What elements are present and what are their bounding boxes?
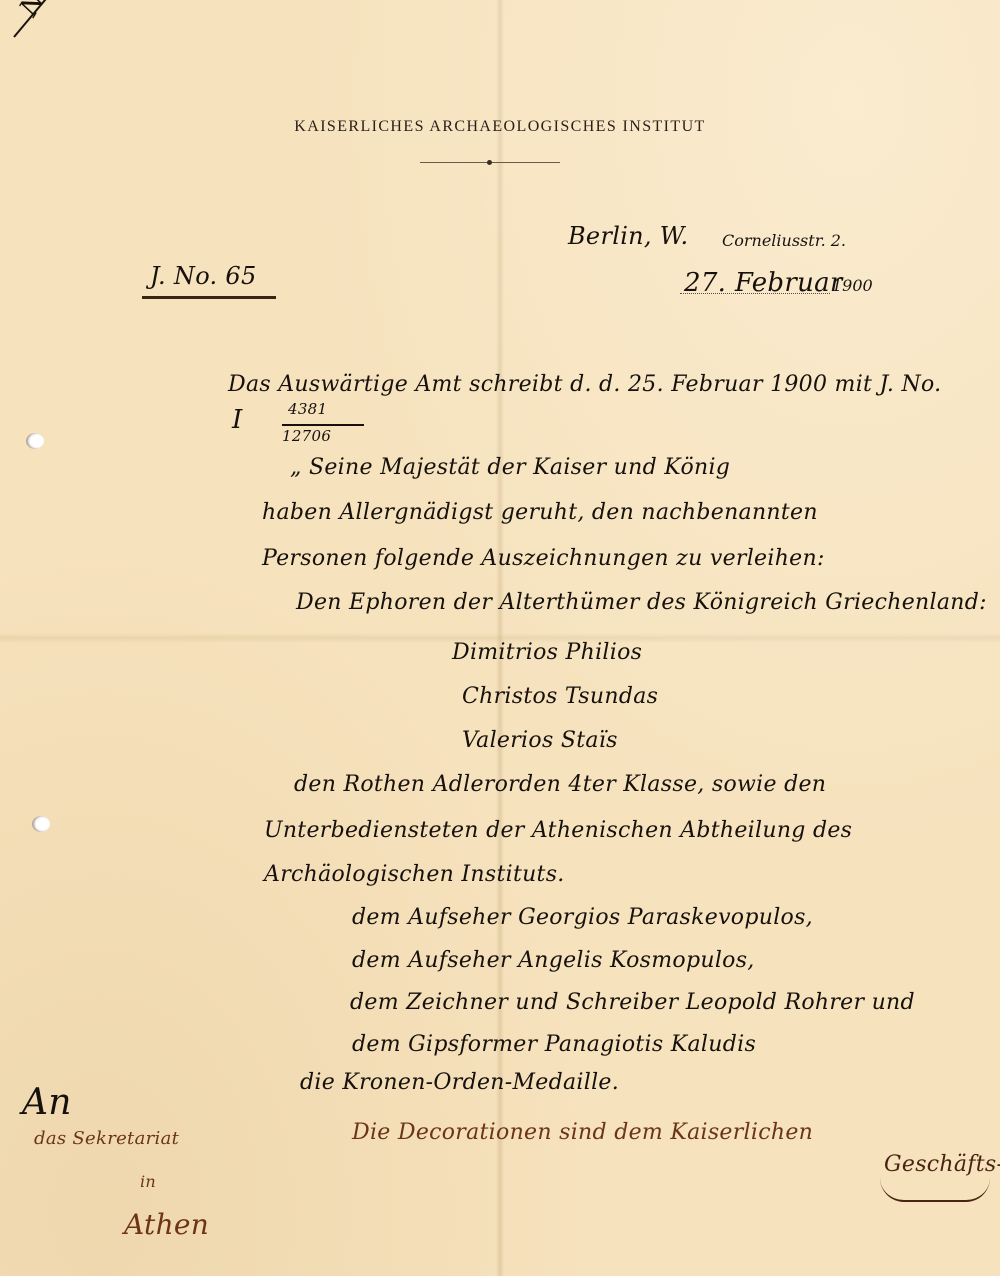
archive-number-text: No. 18: [14, 0, 87, 22]
honoree-name: Valerios Staïs: [462, 728, 618, 753]
street-address: Corneliusstr. 2.: [722, 231, 846, 250]
body-line: Unterbediensteten der Athenischen Abthei…: [264, 818, 852, 843]
honoree-line: dem Gipsformer Panagiotis Kaludis: [352, 1032, 756, 1057]
journal-numerator: 4381: [288, 400, 327, 418]
journal-denominator: 12706: [282, 427, 331, 445]
honoree-line: dem Aufseher Georgios Paraskevopulos,: [352, 905, 813, 930]
honoree-line: dem Zeichner und Schreiber Leopold Rohre…: [350, 990, 915, 1015]
honoree-name: Dimitrios Philios: [452, 640, 642, 665]
binder-hole: [26, 433, 44, 449]
journal-fraction-bar: [282, 424, 364, 426]
date-year: 1900: [832, 276, 873, 295]
body-line: „ Seine Majestät der Kaiser und König: [290, 455, 730, 480]
body-line: Personen folgende Auszeichnungen zu verl…: [262, 546, 825, 571]
body-line: Das Auswärtige Amt schreibt d. d. 25. Fe…: [228, 372, 941, 397]
place: Berlin, W.: [568, 222, 688, 250]
body-line: Den Ephoren der Alterthümer des Königrei…: [296, 590, 987, 615]
body-line-continued: Geschäfts-: [884, 1152, 1000, 1177]
body-line: Die Decorationen sind dem Kaiserlichen: [352, 1120, 813, 1145]
honoree-line: dem Aufseher Angelis Kosmopulos,: [352, 948, 755, 973]
date-day-month: 27. Februar: [684, 268, 843, 298]
body-line: Archäologischen Instituts.: [264, 862, 565, 887]
body-line: den Rothen Adlerorden 4ter Klasse, sowie…: [294, 772, 826, 797]
reference-underline: [142, 296, 276, 299]
letterhead-title: KAISERLICHES ARCHAEOLOGISCHES INSTITUT: [0, 118, 1000, 136]
addressee-preposition: in: [140, 1172, 156, 1191]
body-line: haben Allergnädigst geruht, den nachbena…: [262, 500, 818, 525]
addressee-salutation: An: [22, 1082, 72, 1123]
honoree-name: Christos Tsundas: [462, 684, 658, 709]
binder-hole: [32, 816, 50, 832]
archive-number: No. 18: [14, 0, 87, 22]
letterhead-ornament: [487, 160, 492, 165]
addressee-recipient: das Sekretariat: [34, 1128, 179, 1149]
closing-flourish: [880, 1178, 990, 1202]
body-line: die Kronen-Orden-Medaille.: [300, 1070, 619, 1095]
addressee-city: Athen: [124, 1208, 209, 1241]
reference-number: J. No. 65: [150, 262, 257, 290]
journal-prefix: I: [232, 405, 243, 435]
